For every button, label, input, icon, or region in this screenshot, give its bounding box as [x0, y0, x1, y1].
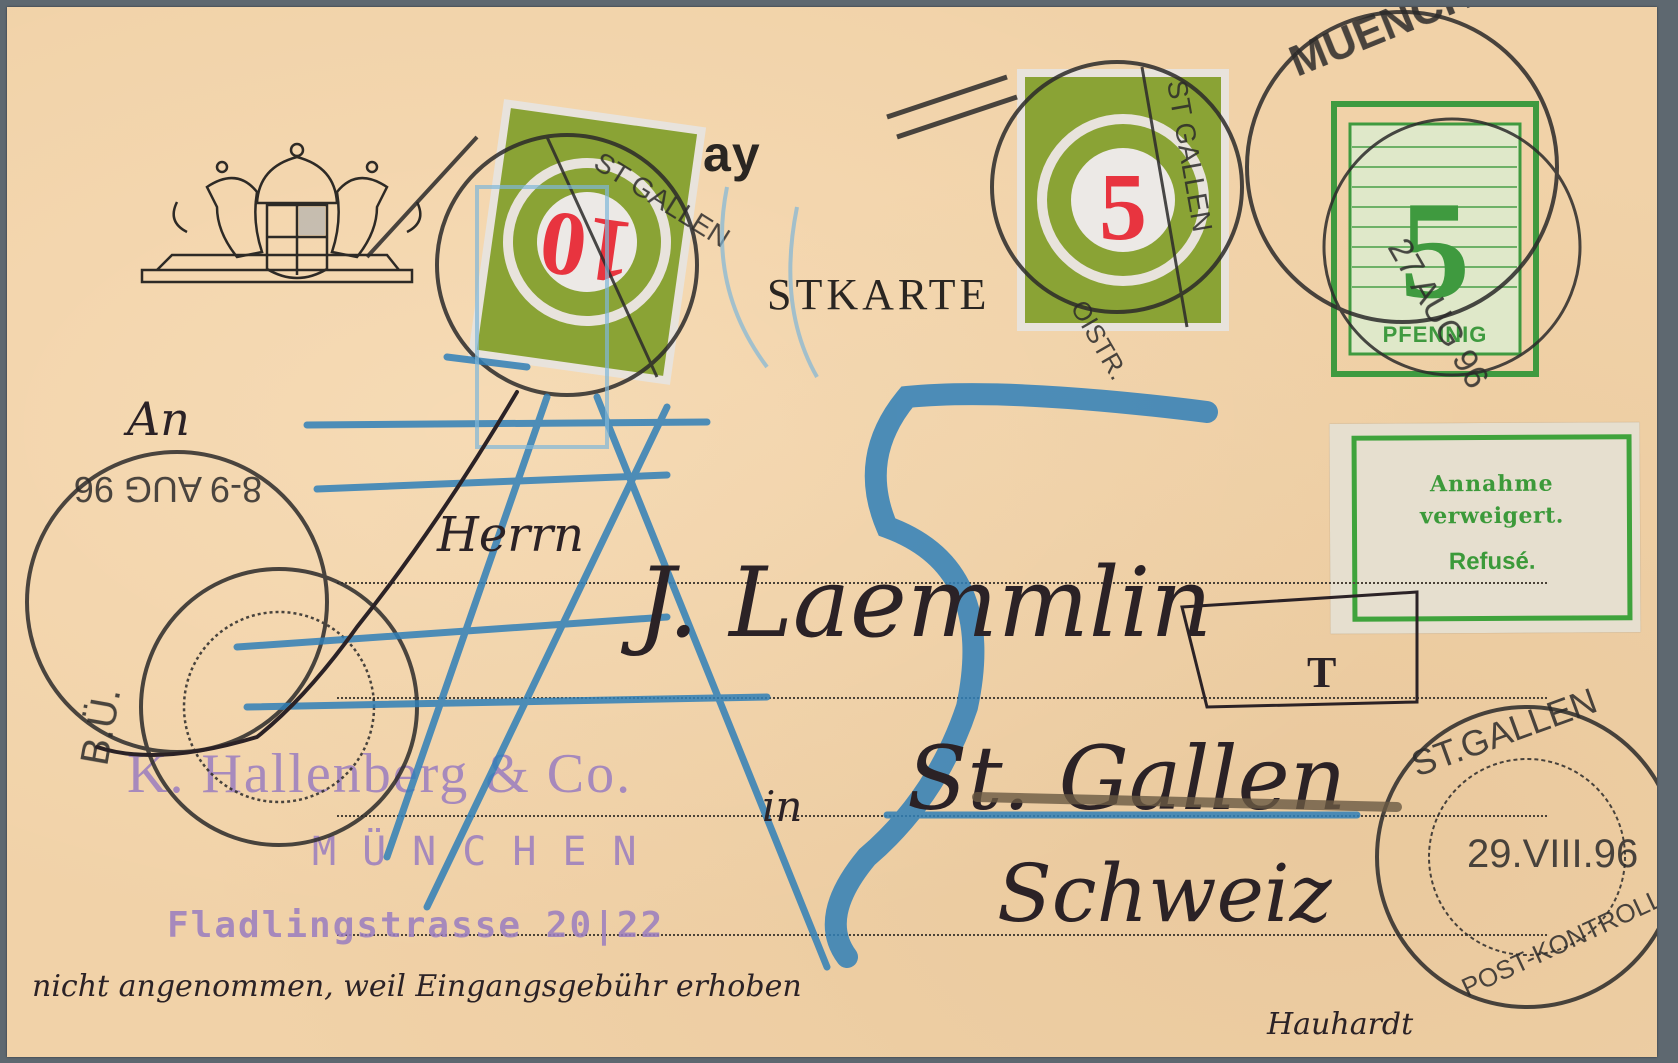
svg-text:MUENCHEN 2: MUENCHEN 2 [1282, 7, 1570, 86]
svg-text:5: 5 [1400, 173, 1470, 328]
svg-text:B.Ü.: B.Ü. [73, 684, 130, 768]
svg-text:5: 5 [1099, 153, 1147, 260]
card-type-text: STKARTE [767, 269, 990, 320]
address-city-prefix: in [762, 782, 802, 831]
bottom-note: nicht angenommen, weil Eingangsgebühr er… [32, 969, 802, 1004]
svg-text:OISTR.: OISTR. [1065, 295, 1134, 385]
sender-stamp-name: K. Hallenberg & Co. [127, 742, 632, 806]
address-city: St. Gallen [907, 727, 1346, 830]
svg-text:ST.GALLEN: ST.GALLEN [1406, 680, 1602, 785]
postmark-st-gallen-due-2 [992, 62, 1242, 312]
svg-text:ST GALLEN: ST GALLEN [1161, 78, 1218, 235]
svg-text:T: T [1307, 648, 1336, 697]
postmark-st-gallen-kontrolle [1377, 707, 1657, 1007]
card-header-text: eich Bay [547, 125, 761, 183]
refused-label-line2: verweigert. [1352, 502, 1632, 529]
postal-card: eich Bay STKARTE [7, 7, 1657, 1057]
svg-text:29.VIII.96: 29.VIII.96 [1467, 832, 1638, 876]
refused-label-line1: Annahme [1352, 470, 1632, 497]
refused-label: Annahme verweigert. Refusé. [1329, 422, 1640, 634]
address-recipient: J. Laemmlin [637, 547, 1212, 659]
address-salutation: Herrn [437, 507, 584, 563]
sender-stamp-city: MÜNCHEN [312, 829, 663, 875]
refused-label-line3: Refusé. [1352, 547, 1632, 576]
svg-text:10: 10 [534, 191, 639, 305]
svg-text:27 AUG 96: 27 AUG 96 [1380, 232, 1496, 395]
svg-text:PFENNIG: PFENNIG [1383, 322, 1488, 347]
sender-stamp-street: Fladlingstrasse 20|22 [167, 905, 664, 946]
signature: Hauhardt [1267, 1007, 1413, 1042]
svg-text:8-9 AUG 96: 8-9 AUG 96 [74, 469, 262, 510]
address-prefix-an: An [127, 392, 190, 446]
svg-text:POST-KONTROLLE: POST-KONTROLLE [1457, 876, 1657, 1003]
address-country: Schweiz [997, 847, 1332, 940]
postmark-bahnpost [27, 452, 327, 752]
address-line-2 [337, 697, 1547, 699]
postmark-muenchen-outer [1247, 12, 1557, 322]
postage-due-stamp-5: 5 [1017, 69, 1229, 331]
